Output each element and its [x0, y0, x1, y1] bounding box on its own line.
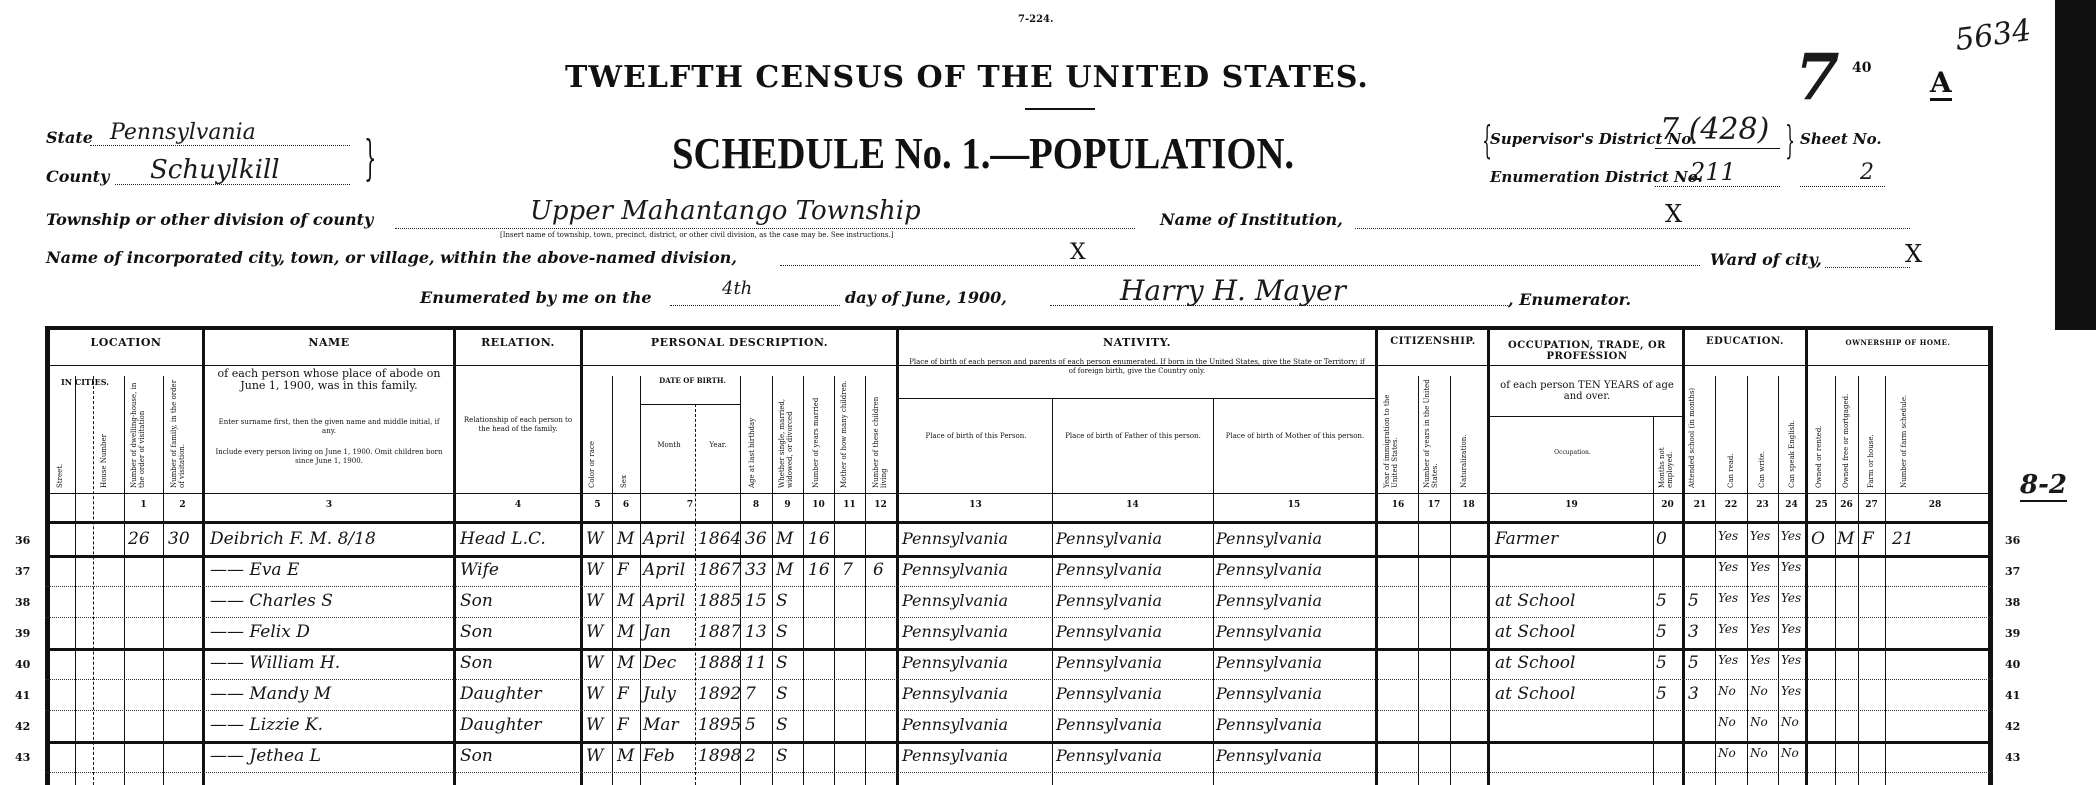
column-number: 14 [1052, 500, 1213, 510]
months-unemployed-cell[interactable]: 5 [1656, 653, 1667, 673]
township-value[interactable]: Upper Mahantango Township [530, 196, 921, 226]
can-speak-english-cell[interactable]: Yes [1781, 684, 1801, 698]
can-speak-english-cell[interactable]: Yes [1781, 529, 1801, 543]
header-naturalization: Naturalization. [1460, 410, 1468, 488]
age-cell[interactable]: 33 [745, 560, 767, 580]
state-label: State [46, 128, 93, 147]
birth-year-cell[interactable]: 1892 [698, 684, 741, 704]
institution-label: Name of Institution, [1160, 210, 1343, 229]
father-birthplace-cell[interactable]: Pennsylvania [1056, 591, 1162, 610]
column-number: 21 [1685, 500, 1715, 510]
column-number: 4 [456, 500, 580, 510]
can-read-cell[interactable]: Yes [1718, 529, 1738, 543]
farm-schedule-cell[interactable]: 21 [1892, 529, 1914, 549]
column-number: 3 [205, 500, 453, 510]
color-cell[interactable]: W [586, 622, 603, 642]
sex-cell[interactable]: F [617, 684, 629, 704]
enumerated-suffix: day of June, 1900, [845, 288, 1007, 307]
state-line [90, 145, 350, 146]
ward-line [1825, 267, 1910, 268]
header-years-us: Number of years in the United States. [1423, 372, 1445, 488]
birthplace-cell[interactable]: Pennsylvania [902, 591, 1008, 610]
children-living-cell[interactable]: 6 [873, 560, 884, 580]
occupation-cell[interactable]: at School [1495, 591, 1575, 611]
mother-of-cell[interactable]: 7 [842, 560, 853, 580]
page-edge [2055, 0, 2096, 330]
color-cell[interactable]: W [586, 653, 603, 673]
header-relation-desc: Relationship of each person to the head … [460, 416, 576, 434]
birth-month-cell[interactable]: April [643, 529, 685, 549]
col-divider [1418, 376, 1419, 785]
line-number-right: 39 [2005, 627, 2020, 640]
col-divider [865, 376, 866, 785]
header-free-mortgaged: Owned free or mortgaged. [1842, 375, 1850, 488]
attended-school-cell[interactable]: 3 [1688, 684, 1699, 704]
column-number: 6 [612, 500, 640, 510]
marital-cell[interactable]: S [776, 653, 788, 673]
mother-birthplace-cell[interactable]: Pennsylvania [1216, 715, 1322, 734]
column-number: 27 [1858, 500, 1885, 510]
header-marital: Whether single, married, widowed, or div… [778, 375, 798, 488]
birth-year-cell[interactable]: 1895 [698, 715, 741, 735]
line-number-left: 36 [15, 534, 30, 547]
ward-label: Ward of city, [1710, 250, 1822, 269]
col-divider [75, 376, 76, 785]
color-cell[interactable]: W [586, 529, 603, 549]
father-birthplace-cell[interactable]: Pennsylvania [1056, 622, 1162, 641]
row-divider [1487, 416, 1683, 417]
marital-cell[interactable]: M [776, 529, 793, 549]
column-number: 22 [1715, 500, 1747, 510]
col-divider [1747, 376, 1748, 785]
occupation-cell[interactable]: at School [1495, 684, 1575, 704]
column-number: 2 [163, 500, 202, 510]
header-personal: PERSONAL DESCRIPTION. [583, 336, 896, 349]
header-citizenship: CITIZENSHIP. [1378, 336, 1488, 347]
sex-cell[interactable]: M [617, 591, 634, 611]
birth-year-cell[interactable]: 1887 [698, 622, 741, 642]
can-read-cell[interactable]: Yes [1718, 622, 1738, 636]
marital-cell[interactable]: S [776, 746, 788, 766]
birth-month-cell[interactable]: Jan [643, 622, 671, 642]
title-divider [1025, 108, 1095, 110]
header-can-write: Can write. [1758, 440, 1766, 488]
mother-birthplace-cell[interactable]: Pennsylvania [1216, 560, 1322, 579]
header-dwelling: Number of dwelling-house, in the order o… [130, 372, 156, 488]
birthplace-cell[interactable]: Pennsylvania [902, 529, 1008, 548]
relation-cell[interactable]: Wife [460, 560, 499, 580]
header-owned-rented: Owned or rented. [1815, 410, 1823, 488]
can-speak-english-cell[interactable]: Yes [1781, 622, 1801, 636]
father-birthplace-cell[interactable]: Pennsylvania [1056, 684, 1162, 703]
can-write-cell[interactable]: Yes [1750, 653, 1770, 667]
header-occupation-col: Occupation. [1495, 448, 1650, 458]
relation-cell[interactable]: Daughter [460, 684, 542, 704]
supervisor-value[interactable]: 7 (428) [1660, 112, 1769, 147]
col-divider [1052, 398, 1053, 785]
color-cell[interactable]: W [586, 684, 603, 704]
months-unemployed-cell[interactable]: 0 [1656, 529, 1667, 549]
can-speak-english-cell[interactable]: Yes [1781, 653, 1801, 667]
farm-house-cell[interactable]: F [1862, 529, 1874, 549]
birth-year-cell[interactable]: 1888 [698, 653, 741, 673]
column-number: 15 [1213, 500, 1375, 510]
birthplace-cell[interactable]: Pennsylvania [902, 653, 1008, 672]
row-divider [896, 398, 1376, 399]
county-label: County [46, 167, 109, 186]
birthplace-cell[interactable]: Pennsylvania [902, 560, 1008, 579]
row-divider [45, 772, 1993, 773]
father-birthplace-cell[interactable]: Pennsylvania [1056, 560, 1162, 579]
age-cell[interactable]: 15 [745, 591, 767, 611]
line-number-right: 43 [2005, 751, 2020, 764]
birthplace-cell[interactable]: Pennsylvania [902, 715, 1008, 734]
mother-birthplace-cell[interactable]: Pennsylvania [1216, 684, 1322, 703]
sex-cell[interactable]: M [617, 746, 634, 766]
birth-month-cell[interactable]: Feb [643, 746, 675, 766]
col-divider [1450, 376, 1451, 785]
father-birthplace-cell[interactable]: Pennsylvania [1056, 653, 1162, 672]
column-number: 7 [640, 500, 740, 510]
age-cell[interactable]: 5 [745, 715, 756, 735]
can-write-cell[interactable]: Yes [1750, 560, 1770, 574]
line-number-left: 39 [15, 627, 30, 640]
col-divider [1213, 398, 1214, 785]
header-relation: RELATION. [456, 336, 580, 349]
mother-birthplace-cell[interactable]: Pennsylvania [1216, 653, 1322, 672]
header-can-speak-english: Can speak English. [1788, 400, 1796, 488]
column-number: 16 [1378, 500, 1418, 510]
months-unemployed-cell[interactable]: 5 [1656, 622, 1667, 642]
birth-year-cell[interactable]: 1867 [698, 560, 741, 580]
header-nativity: NATIVITY. [899, 336, 1375, 349]
line-number-right: 38 [2005, 596, 2020, 609]
father-birthplace-cell[interactable]: Pennsylvania [1056, 715, 1162, 734]
col-divider [1885, 376, 1886, 785]
ed-line [1655, 186, 1780, 187]
col-divider [612, 376, 613, 785]
enumerator-name[interactable]: Harry H. Mayer [1120, 274, 1346, 307]
column-number: 19 [1490, 500, 1653, 510]
birthplace-cell[interactable]: Pennsylvania [902, 746, 1008, 765]
name-cell[interactable]: —— Charles S [210, 591, 333, 611]
relation-cell[interactable]: Son [460, 746, 493, 766]
sex-cell[interactable]: M [617, 529, 634, 549]
schedule-title: SCHEDULE No. 1.—POPULATION. [672, 128, 1294, 179]
marital-cell[interactable]: S [776, 715, 788, 735]
township-note: [Insert name of township, town, precinct… [500, 231, 893, 239]
supervisor-line [1655, 148, 1780, 149]
name-cell[interactable]: —— Eva E [210, 560, 299, 580]
district-bracket-right: } [1785, 118, 1795, 162]
name-cell[interactable]: —— William H. [210, 653, 340, 673]
column-number: 28 [1885, 500, 1985, 510]
header-attended: Attended school (in months) [1688, 372, 1712, 488]
col-divider [163, 376, 164, 785]
row-divider [45, 741, 1993, 744]
marital-cell[interactable]: S [776, 684, 788, 704]
row-divider [45, 555, 1993, 558]
birthplace-cell[interactable]: Pennsylvania [902, 622, 1008, 641]
column-number: 20 [1653, 500, 1682, 510]
header-color: Color or race [588, 420, 596, 488]
can-write-cell[interactable]: No [1750, 684, 1768, 698]
can-read-cell[interactable]: No [1718, 715, 1736, 729]
county-value[interactable]: Schuylkill [150, 155, 280, 185]
row-divider [45, 493, 1993, 494]
column-number: 11 [834, 500, 865, 510]
col-divider [1858, 376, 1859, 785]
line-number-left: 42 [15, 720, 30, 733]
day-line [670, 305, 840, 306]
mother-birthplace-cell[interactable]: Pennsylvania [1216, 746, 1322, 765]
sex-cell[interactable]: F [617, 560, 629, 580]
can-write-cell[interactable]: No [1750, 715, 1768, 729]
line-number-right: 37 [2005, 565, 2020, 578]
attended-school-cell[interactable]: 5 [1688, 653, 1699, 673]
row-divider [45, 710, 1993, 711]
father-birthplace-cell[interactable]: Pennsylvania [1056, 529, 1162, 548]
city-line [780, 265, 1700, 266]
city-label: Name of incorporated city, town, or vill… [46, 248, 737, 267]
can-read-cell[interactable]: Yes [1718, 591, 1738, 605]
relation-cell[interactable]: Son [460, 591, 493, 611]
header-family: Number of family, in the order of visita… [170, 372, 196, 488]
relation-cell[interactable]: Son [460, 653, 493, 673]
row-divider [45, 586, 1993, 587]
sheet-value[interactable]: 2 [1860, 160, 1874, 185]
column-number: 13 [899, 500, 1052, 510]
line-number-right: 41 [2005, 689, 2020, 702]
can-speak-english-cell[interactable]: No [1781, 715, 1799, 729]
header-farm-schedule: Number of farm schedule. [1900, 375, 1908, 488]
col-divider [1715, 376, 1716, 785]
birth-year-cell[interactable]: 1898 [698, 746, 741, 766]
birthplace-cell[interactable]: Pennsylvania [902, 684, 1008, 703]
col-divider [803, 376, 804, 785]
sheet-label: Sheet No. [1800, 130, 1882, 148]
sex-cell[interactable]: M [617, 622, 634, 642]
margin-note: 8-2 [2020, 470, 2067, 502]
father-birthplace-cell[interactable]: Pennsylvania [1056, 746, 1162, 765]
col-divider [695, 404, 696, 785]
header-can-read: Can read. [1727, 440, 1735, 488]
relation-cell[interactable]: Head L.C. [460, 529, 546, 549]
marital-cell[interactable]: M [776, 560, 793, 580]
enumerated-label: Enumerated by me on the [420, 288, 652, 307]
header-years-married: Number of years married [812, 375, 820, 488]
column-number: 9 [772, 500, 803, 510]
header-name: NAME [205, 336, 453, 349]
row-divider [45, 521, 1993, 524]
header-occupation: OCCUPATION, TRADE, OR PROFESSION [1492, 340, 1682, 362]
column-number: 18 [1450, 500, 1487, 510]
can-read-cell[interactable]: Yes [1718, 560, 1738, 574]
line-number-left: 38 [15, 596, 30, 609]
can-write-cell[interactable]: Yes [1750, 622, 1770, 636]
header-year: Year. [697, 440, 739, 450]
state-value[interactable]: Pennsylvania [110, 120, 256, 145]
can-write-cell[interactable]: No [1750, 746, 1768, 760]
months-unemployed-cell[interactable]: 5 [1656, 591, 1667, 611]
column-number: 24 [1778, 500, 1805, 510]
birth-month-cell[interactable]: July [643, 684, 676, 704]
township-line [395, 228, 1135, 229]
ed-value[interactable]: 211 [1690, 158, 1736, 186]
column-number: 8 [740, 500, 772, 510]
line-number-right: 42 [2005, 720, 2020, 733]
header-farm-house: Farm or house. [1867, 420, 1875, 488]
line-number-left: 41 [15, 689, 30, 702]
can-read-cell[interactable]: Yes [1718, 653, 1738, 667]
header-birth-father: Place of birth of Father of this person. [1058, 432, 1208, 441]
mother-birthplace-cell[interactable]: Pennsylvania [1216, 529, 1322, 548]
column-number: 26 [1835, 500, 1858, 510]
header-occupation-desc: of each person TEN YEARS of age and over… [1495, 380, 1679, 402]
can-speak-english-cell[interactable]: Yes [1781, 591, 1801, 605]
header-month: Month [645, 440, 693, 450]
birth-month-cell[interactable]: Dec [643, 653, 676, 673]
header-nativity-desc: Place of birth of each person and parent… [905, 358, 1369, 376]
stamp-number: 5634 [1953, 13, 2033, 58]
header-name-note2: Include every person living on June 1, 1… [215, 448, 443, 466]
row-divider [45, 679, 1993, 680]
attended-school-cell[interactable]: 3 [1688, 622, 1699, 642]
header-dob: DATE OF BIRTH. [645, 376, 740, 386]
free-mortgaged-cell[interactable]: M [1837, 529, 1854, 549]
birth-year-cell[interactable]: 1885 [698, 591, 741, 611]
institution-line [1355, 228, 1910, 229]
color-cell[interactable]: W [586, 715, 603, 735]
col-divider [1653, 416, 1654, 785]
sex-cell[interactable]: M [617, 653, 634, 673]
age-cell[interactable]: 2 [745, 746, 756, 766]
corner-mark-letter: A [1930, 68, 1952, 101]
color-cell[interactable]: W [586, 560, 603, 580]
row-divider [640, 404, 740, 405]
marital-cell[interactable]: S [776, 591, 788, 611]
owned-rented-cell[interactable]: O [1811, 529, 1825, 549]
dwelling-cell[interactable]: 26 [128, 529, 150, 549]
color-cell[interactable]: W [586, 746, 603, 766]
column-number: 1 [124, 500, 163, 510]
township-label: Township or other division of county [46, 210, 373, 229]
relation-cell[interactable]: Son [460, 622, 493, 642]
occupation-cell[interactable]: at School [1495, 653, 1575, 673]
can-speak-english-cell[interactable]: Yes [1781, 560, 1801, 574]
form-number: 7-224. [1018, 14, 1053, 25]
column-number: 25 [1808, 500, 1835, 510]
occupation-cell[interactable]: Farmer [1495, 529, 1558, 549]
name-cell[interactable]: —— Jethea L [210, 746, 321, 766]
col-divider [1835, 376, 1836, 785]
attended-school-cell[interactable]: 5 [1688, 591, 1699, 611]
header-education: EDUCATION. [1685, 336, 1805, 347]
age-cell[interactable]: 11 [745, 653, 767, 673]
header-street: Street. [56, 440, 64, 488]
col-divider [93, 376, 94, 785]
ward-value[interactable]: X [1905, 240, 1922, 268]
marital-cell[interactable]: S [776, 622, 788, 642]
relation-cell[interactable]: Daughter [460, 715, 542, 735]
col-divider [772, 376, 773, 785]
line-number-right: 36 [2005, 534, 2020, 547]
line-number-left: 40 [15, 658, 30, 671]
sheet-line [1800, 186, 1885, 187]
city-value[interactable]: X [1070, 240, 1086, 265]
family-cell[interactable]: 30 [168, 529, 190, 549]
institution-value[interactable]: X [1665, 200, 1682, 228]
col-divider [640, 376, 641, 785]
column-number: 12 [865, 500, 896, 510]
col-divider [834, 376, 835, 785]
enumerated-day[interactable]: 4th [722, 278, 752, 299]
bracket: } [364, 130, 376, 186]
name-cell[interactable]: —— Mandy M [210, 684, 331, 704]
name-cell[interactable]: —— Felix D [210, 622, 310, 642]
age-cell[interactable]: 13 [745, 622, 767, 642]
header-months-unemployed: Months not employed. [1658, 420, 1678, 488]
header-ownership: OWNERSHIP OF HOME. [1808, 338, 1988, 347]
column-number: 10 [803, 500, 834, 510]
row-divider [45, 648, 1993, 651]
column-number: 5 [583, 500, 612, 510]
column-number: 23 [1747, 500, 1778, 510]
can-read-cell[interactable]: No [1718, 684, 1736, 698]
enumerator-label: , Enumerator. [1508, 290, 1631, 309]
age-cell[interactable]: 36 [745, 529, 767, 549]
col-divider [124, 376, 125, 785]
corner-mark-digit: 7 [1795, 40, 1840, 115]
mother-birthplace-cell[interactable]: Pennsylvania [1216, 622, 1322, 641]
years-married-cell[interactable]: 16 [808, 529, 830, 549]
col-divider [1778, 376, 1779, 785]
can-write-cell[interactable]: Yes [1750, 591, 1770, 605]
sex-cell[interactable]: F [617, 715, 629, 735]
census-title: TWELFTH CENSUS OF THE UNITED STATES. [565, 60, 1369, 95]
birth-year-cell[interactable]: 1864 [698, 529, 741, 549]
can-speak-english-cell[interactable]: No [1781, 746, 1799, 760]
color-cell[interactable]: W [586, 591, 603, 611]
years-married-cell[interactable]: 16 [808, 560, 830, 580]
header-name-desc: of each person whose place of abode on J… [215, 368, 443, 392]
age-cell[interactable]: 7 [745, 684, 756, 704]
header-name-note1: Enter surname first, then the given name… [215, 418, 443, 436]
row-divider [45, 617, 1993, 618]
can-read-cell[interactable]: No [1718, 746, 1736, 760]
column-number: 17 [1418, 500, 1450, 510]
header-in-cities: IN CITIES. [50, 377, 120, 387]
name-cell[interactable]: Deibrich F. M. 8/18 [210, 529, 376, 549]
header-house-number: House Number [100, 410, 108, 488]
can-write-cell[interactable]: Yes [1750, 529, 1770, 543]
mother-birthplace-cell[interactable]: Pennsylvania [1216, 591, 1322, 610]
header-birth-mother: Place of birth of Mother of this person. [1218, 432, 1372, 441]
line-number-right: 40 [2005, 658, 2020, 671]
header-age: Age at last birthday [748, 375, 756, 488]
header-birth-person: Place of birth of this Person. [905, 432, 1047, 441]
header-sex: Sex [620, 464, 628, 488]
months-unemployed-cell[interactable]: 5 [1656, 684, 1667, 704]
birth-month-cell[interactable]: April [643, 591, 685, 611]
occupation-cell[interactable]: at School [1495, 622, 1575, 642]
line-number-left: 37 [15, 565, 30, 578]
corner-mark-sup: 40 [1852, 60, 1871, 76]
birth-month-cell[interactable]: April [643, 560, 685, 580]
birth-month-cell[interactable]: Mar [643, 715, 679, 735]
header-location: LOCATION [50, 336, 202, 349]
name-cell[interactable]: —— Lizzie K. [210, 715, 323, 735]
